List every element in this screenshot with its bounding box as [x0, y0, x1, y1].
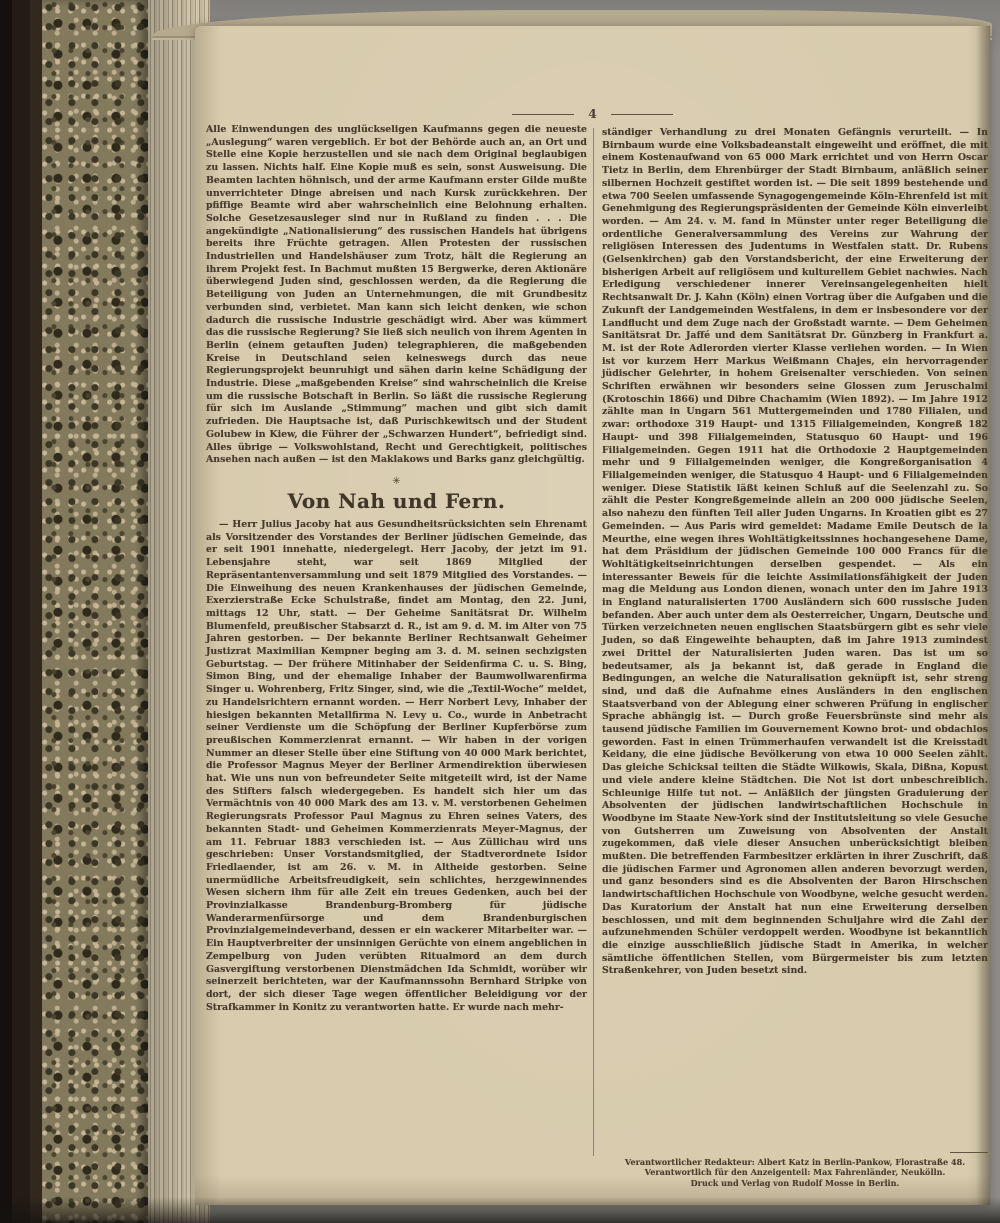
book-bottom-shadow [0, 1197, 1000, 1223]
marbled-cover-paper [42, 0, 148, 1223]
column-divider-rule [593, 128, 594, 1156]
folio-right-rule [611, 114, 673, 115]
page-header: 4 [195, 104, 990, 122]
section-ornament-icon: ✳ [206, 476, 587, 487]
imprint-line-publisher: Druck und Verlag von Rudolf Mosse in Ber… [602, 1178, 988, 1189]
left-column: Alle Einwendungen des unglückseligen Kau… [206, 124, 587, 1193]
section-body-paragraph-right: ständiger Verhandlung zu drei Monaten Ge… [602, 127, 988, 978]
book-scan-photo: 4 Alle Einwendungen des unglückseligen K… [0, 0, 1000, 1223]
article-continuation-paragraph: Alle Einwendungen des unglückseligen Kau… [206, 124, 587, 467]
folio-left-rule [512, 114, 574, 115]
imprint-block: Verantwortlicher Redakteur: Albert Katz … [602, 1152, 988, 1189]
section-body-paragraph-left: — Herr Julius Jacoby hat aus Gesundheits… [206, 519, 587, 1014]
imprint-line-editor: Verantwortlicher Redakteur: Albert Katz … [602, 1157, 988, 1168]
imprint-separator-rule [950, 1152, 988, 1153]
imprint-line-ads: Verantwortlich für den Anzeigenteil: Max… [602, 1167, 988, 1178]
right-column: ständiger Verhandlung zu drei Monaten Ge… [602, 127, 988, 1189]
page-number: 4 [588, 106, 597, 121]
section-heading: Von Nah und Fern. [206, 489, 587, 513]
